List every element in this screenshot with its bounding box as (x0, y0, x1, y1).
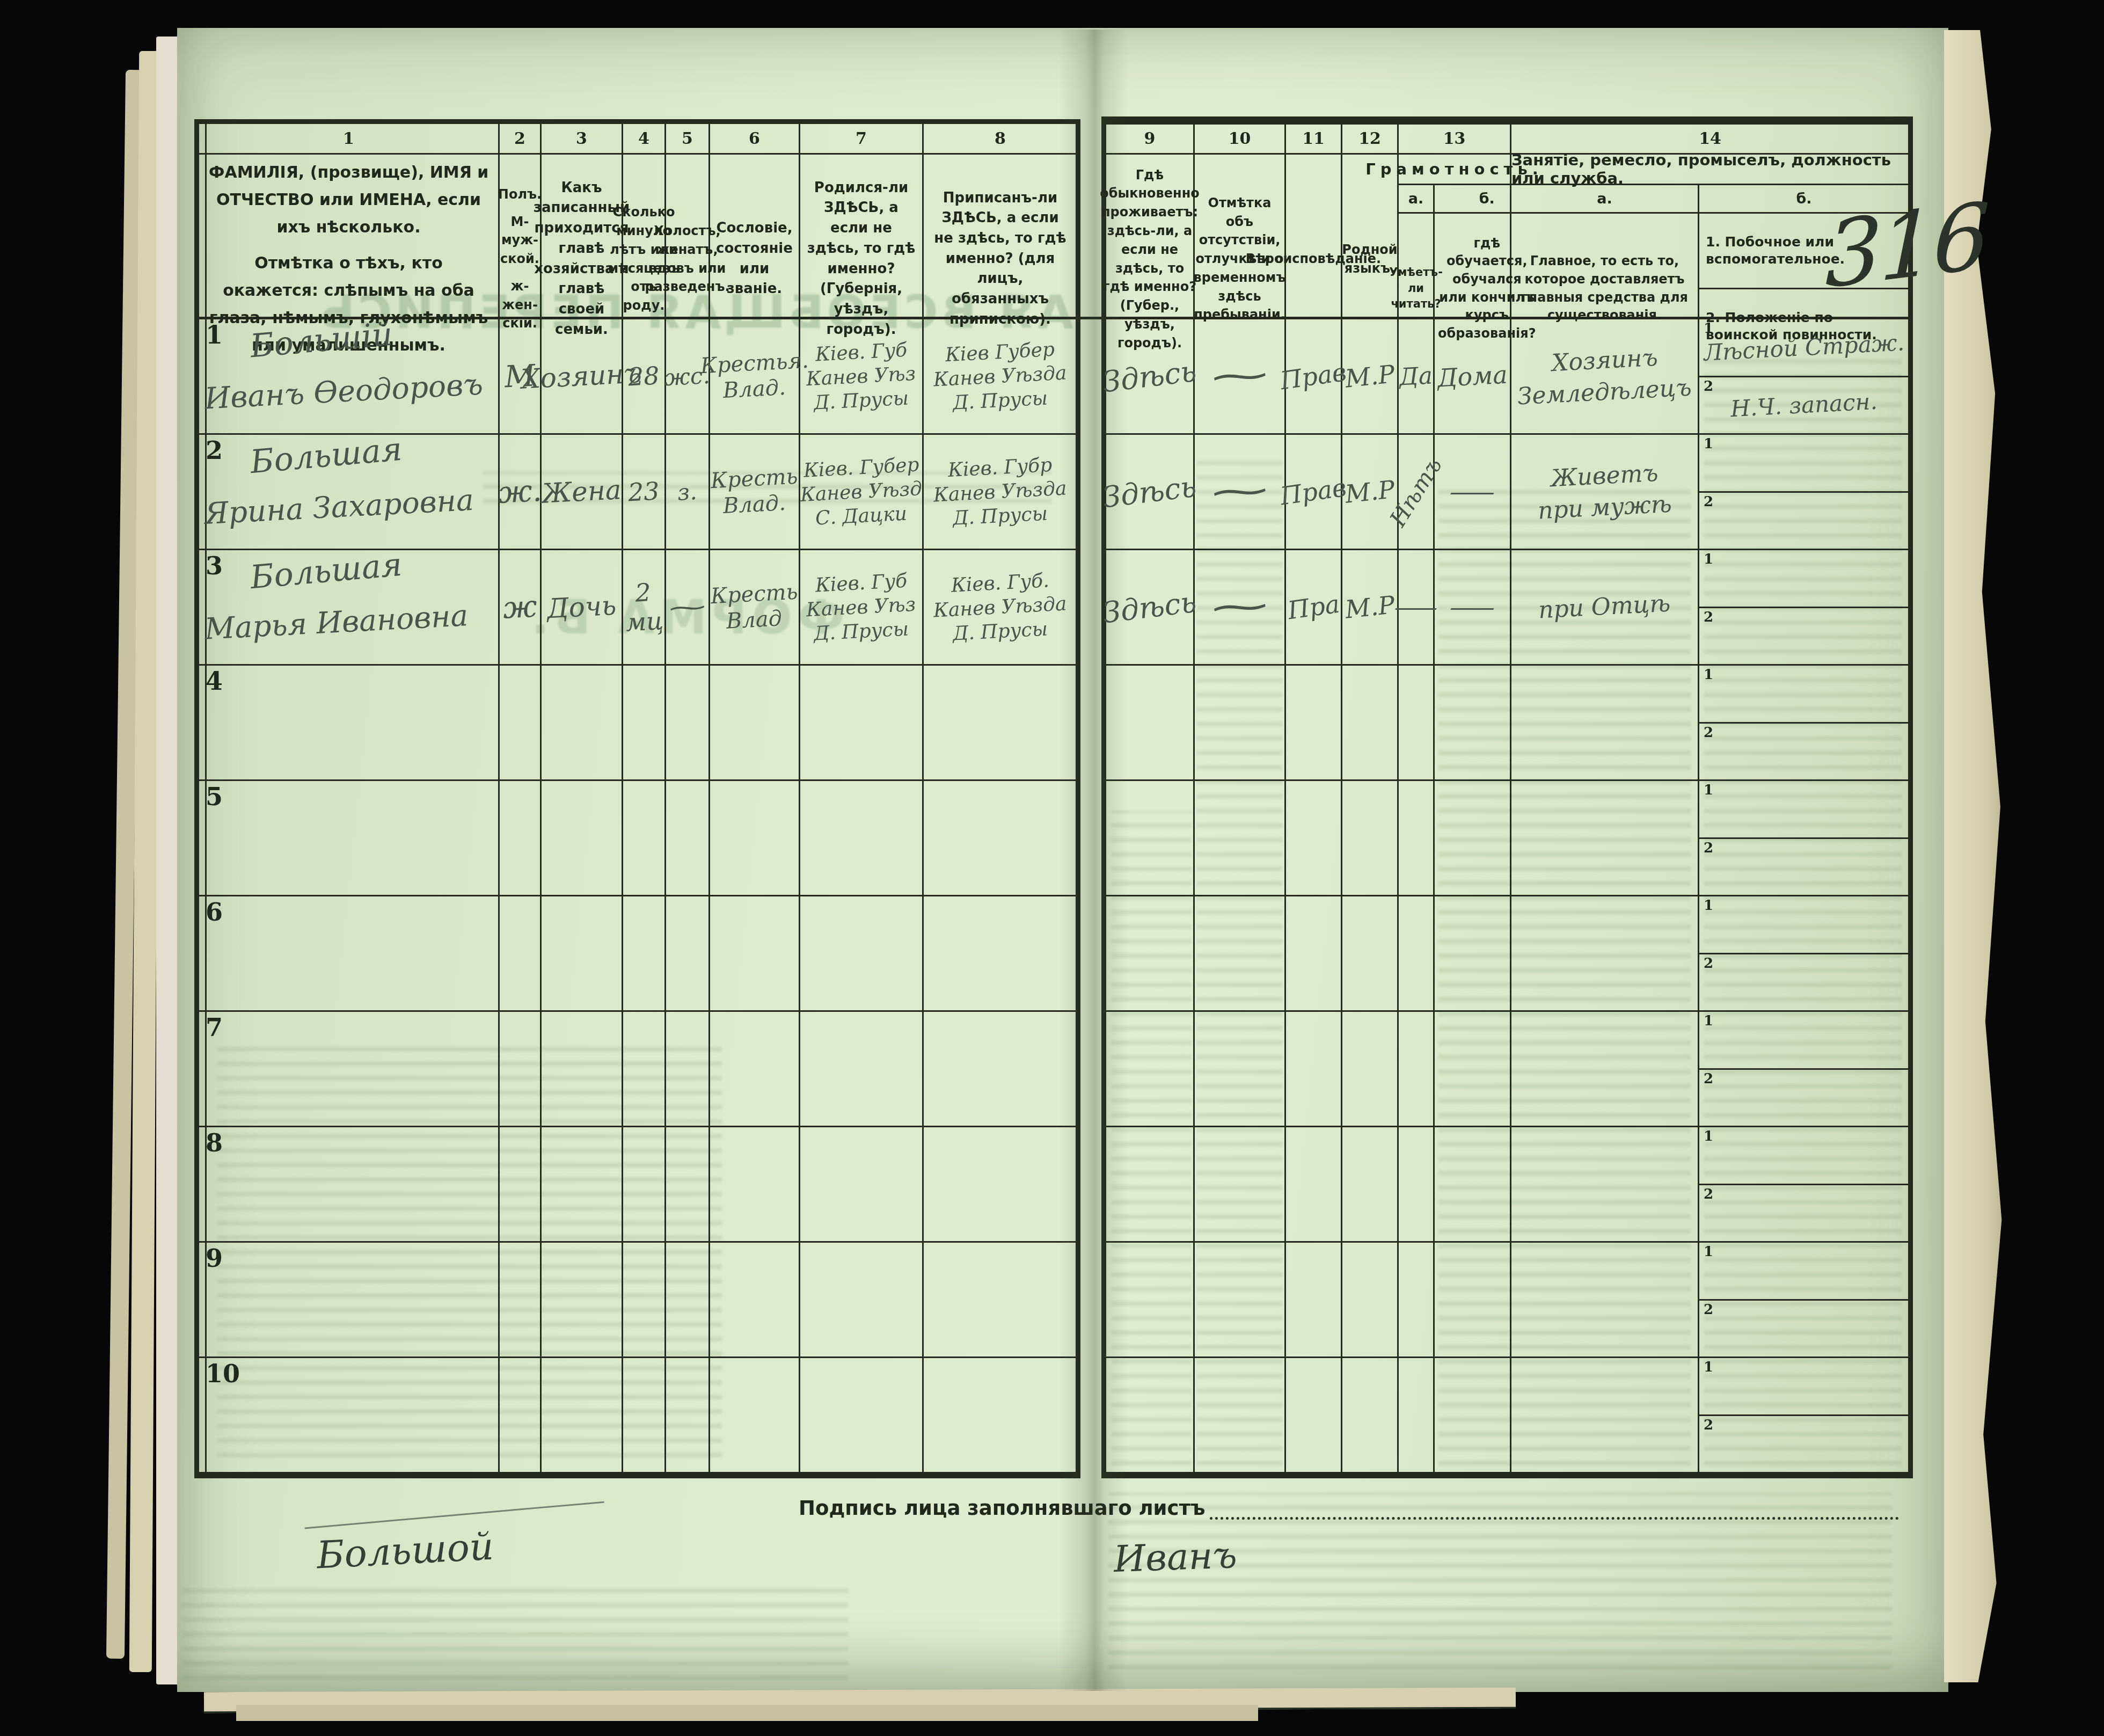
cell-absence (1195, 781, 1286, 896)
sub-row-label: 1 (1704, 436, 1713, 452)
row-number: 7 (206, 1013, 223, 1042)
book-fold-shadow (1058, 30, 1128, 1691)
sub-row-label: 1 (1704, 1013, 1713, 1029)
handwritten-surname: Большая (249, 431, 403, 481)
sub-row-label: 1 (1704, 1359, 1713, 1375)
col-number: 2 (500, 124, 540, 155)
handwritten-entry: Хозяинъ (1551, 341, 1658, 379)
cell-age (623, 781, 666, 896)
signature-dotted-line (1210, 1501, 1899, 1520)
sub-row-label: 2 (1704, 378, 1713, 395)
col-number: 5 (666, 124, 708, 155)
handwritten-entry: ~ (1201, 586, 1279, 628)
table-body: 1БольшійИванъ ѲеодоровъМХозяинъ28жс.Крес… (199, 319, 1909, 1474)
cell-age (623, 1127, 666, 1243)
cell-marital (666, 1358, 710, 1474)
cell-occupation: Живетъпри мужѣ (1511, 435, 1699, 550)
military-status-cell: 2 (1699, 1070, 1909, 1126)
cell-sex (500, 1012, 542, 1127)
military-status-cell: 2 (1699, 1301, 1909, 1357)
cell-registered: Кіев ГуберКанев УѣздаД. Прусы (924, 319, 1077, 435)
military-status-cell: 2 (1699, 493, 1909, 549)
handwritten-entry: з. (677, 478, 698, 506)
handwritten-entry: Дома (1436, 360, 1508, 393)
cell-study (1435, 1358, 1511, 1474)
handwritten-entry: ж (502, 589, 538, 625)
col-number: 14 (1511, 124, 1909, 155)
handwritten-page-number: 316 (1824, 183, 1988, 309)
signature-block: Подпись лица заполнявшаго листъ (799, 1497, 1899, 1520)
cell-study: — (1435, 550, 1511, 666)
cell-religion: Прав (1286, 435, 1342, 550)
col-number: 7 (800, 124, 922, 155)
side-occupation-cell: 1 (1699, 896, 1909, 954)
cell-born (800, 781, 924, 896)
cell-occupation: ХозяинъЗемледѣлецъ (1511, 319, 1699, 435)
cell-relation (542, 666, 623, 781)
table-row: 512 (199, 781, 1909, 896)
cell-born (800, 666, 924, 781)
cell-marital: ~ (666, 550, 710, 666)
cell-religion (1286, 1358, 1342, 1474)
cell-reads: Да (1399, 319, 1435, 435)
row-number: 6 (206, 898, 223, 927)
sub-row-label: 1 (1704, 1244, 1713, 1260)
handwritten-entry: Земледѣлецъ (1517, 372, 1692, 413)
table-row: 3БольшаяМарья ИвановнажДочь2 мц~КрестьВл… (199, 550, 1909, 666)
side-occupation-cell: 1 (1699, 1127, 1909, 1185)
cell-side14: 12 (1699, 1127, 1909, 1243)
military-status-cell: 2Н.Ч. запасн. (1699, 377, 1909, 434)
sub-row-label: 2 (1704, 725, 1713, 741)
cell-estate (710, 666, 800, 781)
side-occupation-cell: 1 (1699, 1358, 1909, 1416)
cell-age (623, 1243, 666, 1358)
cell-marital (666, 1243, 710, 1358)
cell-registered (924, 781, 1077, 896)
cell-c1: 4 (199, 666, 500, 781)
cell-estate: КрестьВлад. (710, 435, 800, 550)
cell-occupation (1511, 1127, 1699, 1243)
cell-registered (924, 1358, 1077, 1474)
table-row: 1БольшійИванъ ѲеодоровъМХозяинъ28жс.Крес… (199, 319, 1909, 435)
cell-marital (666, 666, 710, 781)
cell-language (1342, 1127, 1399, 1243)
cell-relation: Жена (542, 435, 623, 550)
sub-row-label: 2 (1704, 955, 1713, 972)
side-occupation-cell: 1 (1699, 435, 1909, 493)
cell-registered (924, 1012, 1077, 1127)
cell-language (1342, 666, 1399, 781)
cell-c1: 10 (199, 1358, 500, 1474)
cell-language (1342, 1243, 1399, 1358)
cell-religion (1286, 896, 1342, 1012)
cell-born: Кіев. ГубКанев УѣзД. Прусы (800, 550, 924, 666)
sub-label: а. (1511, 185, 1698, 214)
military-status-cell: 2 (1699, 1185, 1909, 1242)
cell-age: 28 (623, 319, 666, 435)
cell-born (800, 1358, 924, 1474)
handwritten-entry: М.Р (1343, 475, 1396, 508)
handwritten-entry: 28 (627, 361, 660, 392)
handwritten-entry: Лѣсной Страж. (1703, 329, 1905, 366)
cell-study (1435, 666, 1511, 781)
cell-reads (1399, 1012, 1435, 1127)
cell-relation: Хозяинъ (542, 319, 623, 435)
cell-age (623, 1012, 666, 1127)
cell-sex (500, 781, 542, 896)
scanned-census-sheet: АЯ ВСЕОБЩАЯ ПЕРЕПИСЬ ФОРМА Б. 1 ФАМИЛІЯ,… (0, 0, 2104, 1736)
cell-estate (710, 1358, 800, 1474)
cell-relation (542, 896, 623, 1012)
row-number: 8 (206, 1128, 223, 1157)
handwritten-entry: Д. Прусы (952, 386, 1048, 415)
cell-c1: 5 (199, 781, 500, 896)
cell-born: Кіев. ГуберКанев УѣздС. Дацки (800, 435, 924, 550)
col-number: 1 (199, 124, 498, 155)
census-table: 1 ФАМИЛІЯ, (прозвище), ИМЯ и ОТЧЕСТВО ил… (199, 124, 1909, 1474)
cell-estate (710, 1012, 800, 1127)
cell-sex (500, 1243, 542, 1358)
sub-row-label: 1 (1704, 320, 1713, 337)
cell-age (623, 666, 666, 781)
sub-row-label: 1 (1704, 782, 1713, 798)
cell-reads (1399, 1243, 1435, 1358)
handwritten-entry: Жена (541, 474, 622, 509)
military-status-cell: 2 (1699, 1416, 1909, 1472)
table-row: 1012 (199, 1358, 1909, 1474)
occupation-title: Занятіе, ремесло, промыселъ, должность и… (1511, 155, 1909, 185)
cell-reads (1399, 666, 1435, 781)
handwritten-entry: Прав (1279, 473, 1348, 511)
side-occupation-cell: 1 (1699, 1012, 1909, 1070)
cell-relation: Дочь (542, 550, 623, 666)
row-number: 1 (206, 320, 223, 349)
cell-sex: ж. (500, 435, 542, 550)
sub-row-label: 2 (1704, 1302, 1713, 1318)
military-status-cell: 2 (1699, 954, 1909, 1011)
col-number: 10 (1195, 124, 1284, 155)
cell-side14: 12 (1699, 1243, 1909, 1358)
handwritten-entry: при мужѣ (1537, 488, 1672, 527)
cell-born (800, 896, 924, 1012)
cell-age (623, 896, 666, 1012)
cell-sex (500, 1358, 542, 1474)
sub-row-label: 2 (1704, 1186, 1713, 1202)
military-status-cell: 2 (1699, 724, 1909, 780)
cell-absence (1195, 1243, 1286, 1358)
side-occupation-cell: 1 (1699, 550, 1909, 608)
col-number: 13 (1399, 124, 1510, 155)
cell-age (623, 1358, 666, 1474)
handwritten-entry: Д. Прусы (952, 617, 1048, 646)
cell-born: Кіев. ГубКанев УѣзД. Прусы (800, 319, 924, 435)
table-row: 912 (199, 1243, 1909, 1358)
cell-relation (542, 1012, 623, 1127)
cell-registered (924, 896, 1077, 1012)
cell-marital (666, 1127, 710, 1243)
cell-reads (1399, 781, 1435, 896)
handwritten-entry: Д. Прусы (813, 386, 909, 415)
header-text-line: ФАМИЛІЯ, (прозвище), ИМЯ и ОТЧЕСТВО или … (206, 159, 492, 241)
handwritten-entry: Влад. (722, 375, 786, 404)
cell-occupation (1511, 1012, 1699, 1127)
bleed-through-text (182, 1584, 848, 1680)
cell-absence (1195, 666, 1286, 781)
cell-c1: 3БольшаяМарья Ивановна (199, 550, 500, 666)
cell-age: 23 (623, 435, 666, 550)
col-number: 6 (710, 124, 799, 155)
literacy-title: Грамотность. (1399, 155, 1510, 185)
cell-relation (542, 781, 623, 896)
cell-language (1342, 896, 1399, 1012)
cell-estate (710, 896, 800, 1012)
cell-registered (924, 1127, 1077, 1243)
cell-study (1435, 896, 1511, 1012)
handwritten-surname: Большая (249, 546, 403, 596)
cell-religion (1286, 666, 1342, 781)
row-number: 4 (206, 667, 223, 696)
sub-row-label: 2 (1704, 494, 1713, 510)
handwritten-entry: Кресть (710, 464, 799, 494)
sub-row-label: 2 (1704, 1417, 1713, 1433)
handwritten-entry: — (1449, 477, 1495, 506)
cell-marital (666, 781, 710, 896)
handwritten-entry: С. Дацки (815, 501, 908, 530)
handwritten-entry: ~ (1201, 355, 1279, 397)
cell-estate (710, 1243, 800, 1358)
cell-absence: ~ (1195, 319, 1286, 435)
page-stack-edge (236, 1705, 1258, 1721)
cell-reads: — (1399, 550, 1435, 666)
military-status-cell: 2 (1699, 608, 1909, 665)
cell-language: М.Р (1342, 550, 1399, 666)
cell-absence (1195, 1358, 1286, 1474)
cell-side14: 12 (1699, 1358, 1909, 1474)
handwritten-entry: Живетъ (1550, 457, 1659, 494)
cell-side14: 12 (1699, 550, 1909, 666)
handwritten-entry: Д. Прусы (813, 617, 909, 646)
cell-born (800, 1127, 924, 1243)
col-number: 12 (1342, 124, 1397, 155)
cell-estate (710, 1127, 800, 1243)
cell-estate: КрестьВлад (710, 550, 800, 666)
handwritten-entry: Влад. (722, 490, 786, 519)
cell-age: 2 мц (623, 550, 666, 666)
cell-study (1435, 1012, 1511, 1127)
side-occupation-cell: 1 (1699, 781, 1909, 839)
cell-sex (500, 1127, 542, 1243)
handwritten-entry: Н.Ч. запасн. (1730, 388, 1878, 422)
cell-marital (666, 896, 710, 1012)
row-number: 2 (206, 436, 223, 465)
table-header: 1 ФАМИЛІЯ, (прозвище), ИМЯ и ОТЧЕСТВО ил… (199, 124, 1909, 319)
sub-label: а. (1399, 185, 1433, 214)
cell-sex (500, 666, 542, 781)
table-row: 412 (199, 666, 1909, 781)
cell-registered: Кіев. ГубрКанев УѣздаД. Прусы (924, 435, 1077, 550)
side-occupation-cell: 1 (1699, 666, 1909, 724)
cell-language (1342, 1012, 1399, 1127)
cell-c1: 8 (199, 1127, 500, 1243)
side-occupation-cell: 1Лѣсной Страж. (1699, 319, 1909, 377)
handwritten-name: Иванъ Ѳеодоровъ (204, 367, 484, 415)
sub-row-label: 2 (1704, 609, 1713, 625)
handwritten-entry: ~ (662, 593, 712, 621)
handwritten-entry: Да (1399, 362, 1434, 391)
row-number: 3 (206, 551, 223, 580)
handwritten-signature-surname: Большой (316, 1524, 495, 1577)
cell-estate: Крестья.Влад. (710, 319, 800, 435)
table-row: 812 (199, 1127, 1909, 1243)
handwritten-signature-name: Иванъ (1113, 1534, 1238, 1581)
col-number: 4 (623, 124, 664, 155)
cell-registered (924, 1243, 1077, 1358)
cell-estate (710, 781, 800, 896)
handwritten-name: Марья Ивановна (204, 598, 469, 646)
handwritten-name: Ярина Захаровна (204, 483, 474, 531)
cell-side14: 12 (1699, 435, 1909, 550)
cell-absence: ~ (1195, 435, 1286, 550)
signature-label: Подпись лица заполнявшаго листъ (799, 1497, 1206, 1520)
cell-reads (1399, 1358, 1435, 1474)
cell-language: М.Р (1342, 319, 1399, 435)
cell-study (1435, 1243, 1511, 1358)
cell-absence (1195, 896, 1286, 1012)
handwritten-entry: — (1393, 594, 1438, 621)
handwritten-entry: 23 (627, 477, 660, 507)
handwritten-entry: Прав (1279, 358, 1348, 396)
handwritten-entry: Кресть (710, 579, 799, 609)
cell-born (800, 1243, 924, 1358)
handwritten-entry: М.Р (1343, 590, 1396, 624)
cell-occupation (1511, 781, 1699, 896)
handwritten-entry: Влад (726, 606, 783, 634)
cell-absence: ~ (1195, 550, 1286, 666)
row-number: 10 (206, 1359, 240, 1388)
row-number: 5 (206, 782, 223, 811)
cell-reads (1399, 896, 1435, 1012)
cell-religion: Пра (1286, 550, 1342, 666)
handwritten-entry: Крестья. (700, 348, 809, 379)
cell-language (1342, 781, 1399, 896)
sub-row-label: 1 (1704, 667, 1713, 683)
cell-sex (500, 896, 542, 1012)
sub-row-label: 1 (1704, 1128, 1713, 1144)
handwritten-entry: ~ (1201, 471, 1279, 513)
cell-study (1435, 1127, 1511, 1243)
cell-absence (1195, 1012, 1286, 1127)
cell-c1: 2БольшаяЯрина Захаровна (199, 435, 500, 550)
cell-c1: 7 (199, 1012, 500, 1127)
sub-row-label: 2 (1704, 840, 1713, 856)
cell-born (800, 1012, 924, 1127)
sub-row-label: 1 (1704, 898, 1713, 914)
cell-study: — (1435, 435, 1511, 550)
cell-religion (1286, 1243, 1342, 1358)
handwritten-entry: М.Р (1343, 359, 1396, 393)
cell-relation (542, 1243, 623, 1358)
cell-side14: 12 (1699, 896, 1909, 1012)
cell-registered: Кіев. Губ.Канев УѣздаД. Прусы (924, 550, 1077, 666)
row-number: 9 (206, 1244, 223, 1273)
handwritten-entry: Д. Прусы (952, 501, 1048, 530)
cell-absence (1195, 1127, 1286, 1243)
cell-c1: 6 (199, 896, 500, 1012)
cell-reads: Нѣтъ (1399, 435, 1435, 550)
page-stack-edge (156, 37, 180, 1684)
cell-c1: 1БольшійИванъ Ѳеодоровъ (199, 319, 500, 435)
cell-side14: 12 (1699, 781, 1909, 896)
cell-marital: з. (666, 435, 710, 550)
col-number: 11 (1286, 124, 1341, 155)
cell-religion (1286, 781, 1342, 896)
cell-occupation (1511, 1358, 1699, 1474)
sub-row-label: 1 (1704, 551, 1713, 567)
handwritten-entry: Дочь (546, 590, 617, 625)
cell-language (1342, 1358, 1399, 1474)
handwritten-surname: Большій (249, 316, 394, 366)
cell-study: Дома (1435, 319, 1511, 435)
cell-occupation (1511, 896, 1699, 1012)
cell-marital (666, 1012, 710, 1127)
handwritten-entry: ж. (497, 473, 543, 510)
cell-occupation (1511, 1243, 1699, 1358)
cell-religion (1286, 1012, 1342, 1127)
cell-side14: 12 (1699, 666, 1909, 781)
military-status-cell: 2 (1699, 839, 1909, 895)
cell-occupation (1511, 666, 1699, 781)
handwritten-entry: при Отцѣ (1538, 588, 1671, 626)
table-row: 2БольшаяЯрина Захаровнаж.Жена23з.КрестьВ… (199, 435, 1909, 550)
side-occupation-cell: 1 (1699, 1243, 1909, 1301)
handwritten-entry: 2 мц (622, 577, 666, 637)
cell-occupation: при Отцѣ (1511, 550, 1699, 666)
cell-reads (1399, 1127, 1435, 1243)
cell-side14: 1Лѣсной Страж.2Н.Ч. запасн. (1699, 319, 1909, 435)
sub-row-label: 2 (1704, 1071, 1713, 1087)
cell-relation (542, 1358, 623, 1474)
cell-study (1435, 781, 1511, 896)
cell-language: М.Р (1342, 435, 1399, 550)
handwritten-entry: Пра (1285, 589, 1341, 625)
table-row: 612 (199, 896, 1909, 1012)
cell-registered (924, 666, 1077, 781)
col-number: 8 (924, 124, 1077, 155)
cell-relation (542, 1127, 623, 1243)
table-row: 712 (199, 1012, 1909, 1127)
col-number: 3 (542, 124, 622, 155)
cell-religion: Прав (1286, 319, 1342, 435)
cell-side14: 12 (1699, 1012, 1909, 1127)
handwritten-entry: — (1449, 593, 1495, 622)
cell-c1: 9 (199, 1243, 500, 1358)
cell-religion (1286, 1127, 1342, 1243)
cell-sex: ж (500, 550, 542, 666)
